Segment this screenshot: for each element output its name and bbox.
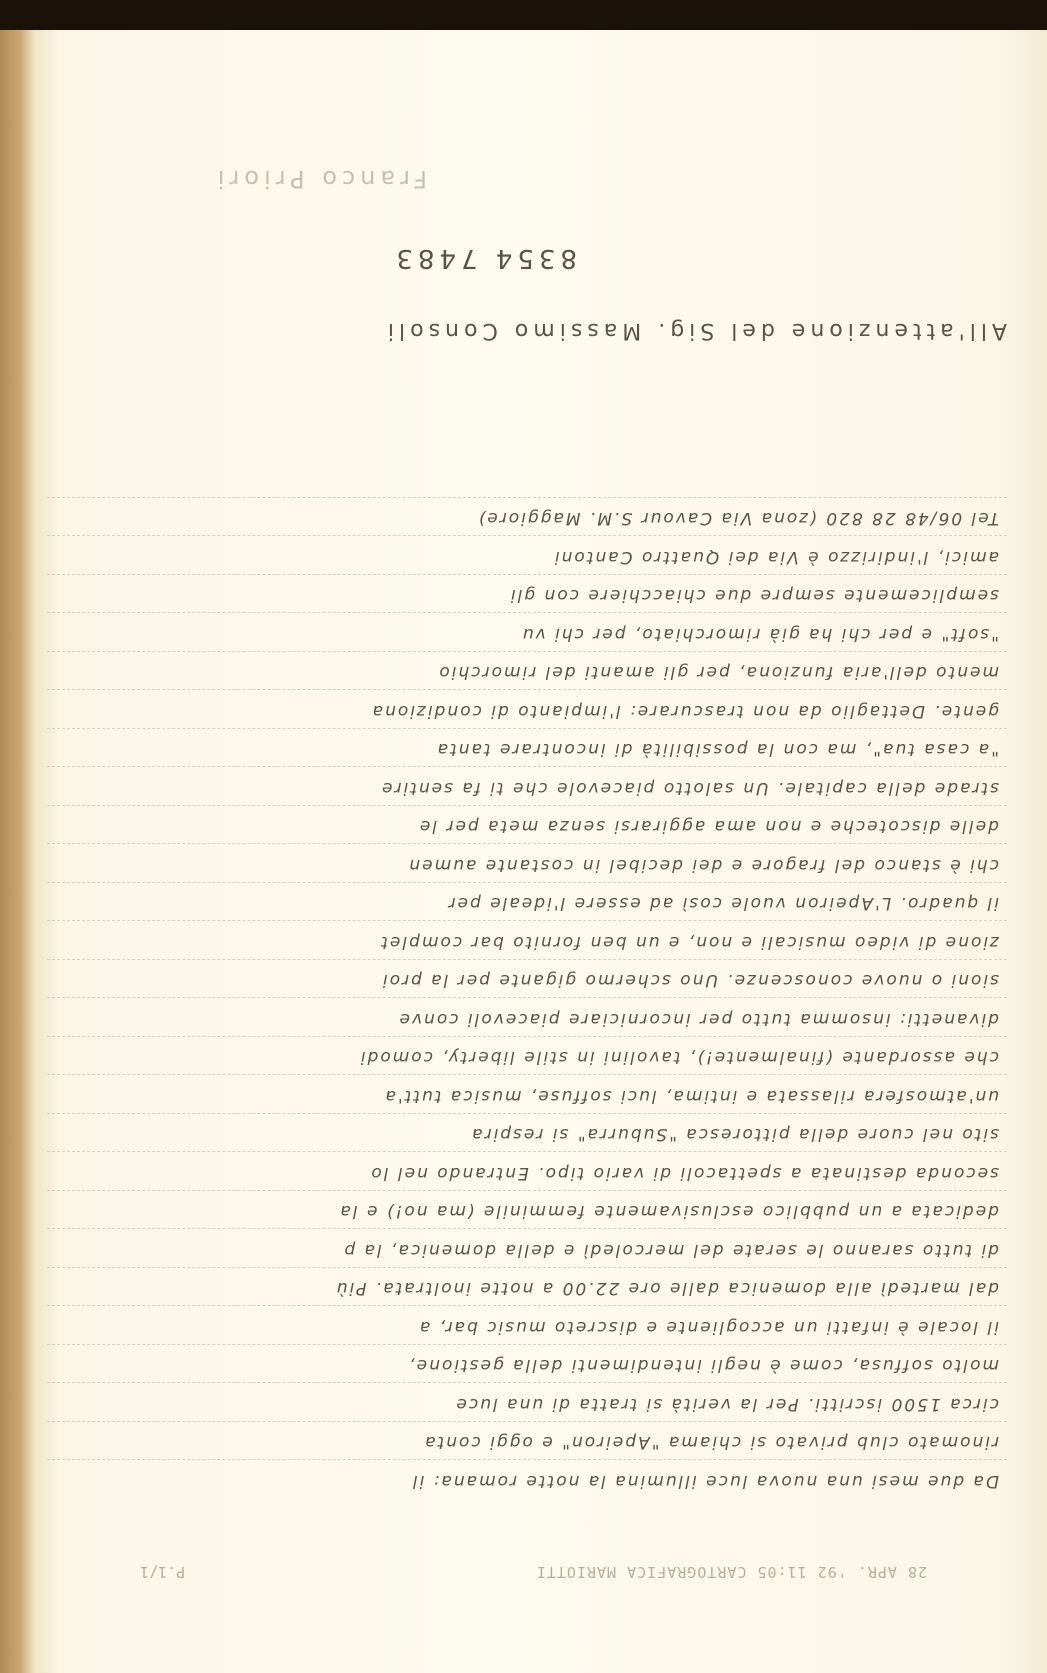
body-line: dal martedì alla domenica dalle ore 22.0… [47,1267,1007,1306]
body-line: dedicata a un pubblico esclusivamente fe… [47,1190,1007,1229]
body-line: sito nel cuore della pittoresca "Suburra… [47,1113,1007,1152]
body-line: mento dell'aria funziona, per gli amanti… [47,651,1007,690]
body-line: che assordante (finalmente!), tavolini i… [47,1036,1007,1075]
attention-line: All'attenzione del Sig. Massimo Consoli [47,318,1007,343]
body-line: semplicemente sempre due chiacchiere con… [47,574,1007,613]
body-line: Da due mesi una nuova luce illumina la n… [47,1460,1007,1499]
rotated-content: 28 APR. '92 11:05 CARTOGRAFICA MARIOTTI … [0,30,1047,1673]
body-line: "a casa tua", ma con la possibilità di i… [47,728,1007,767]
body-line: molto soffusa, come è negli intendimenti… [47,1344,1007,1383]
fax-page: 28 APR. '92 11:05 CARTOGRAFICA MARIOTTI … [0,30,1047,1673]
fax-transmission-header: 28 APR. '92 11:05 CARTOGRAFICA MARIOTTI [536,1563,927,1581]
body-line: gente. Dettaglio da non trascurare: l'im… [47,690,1007,729]
body-line: di tutto saranno le serate del mercoledì… [47,1229,1007,1268]
body-line: delle discoteche e non ama aggirarsi sen… [47,805,1007,844]
body-line: Tel 06/48 28 820 (zona Via Cavour S.M. M… [47,497,1007,536]
sender-name: Franco Priori [0,165,427,193]
body-line: seconda destinata a spettacoli di vario … [47,1152,1007,1191]
body-line: rinomato club privato si chiama "Apeiron… [47,1421,1007,1460]
body-line: "soft" e per chi ha già rimorchiato, per… [47,613,1007,652]
body-line: zione di video musicali e non, e un ben … [47,921,1007,960]
body-line: divanetti: insomma tutto per incorniciar… [47,998,1007,1037]
body-line: strade della capitale. Un salotto piacev… [47,767,1007,806]
body-line: il locale è infatti un accogliente e dis… [47,1306,1007,1345]
body-line: circa 1500 iscritti. Per la verità si tr… [47,1383,1007,1422]
body-line: un'atmosfera rilassata e intima, luci so… [47,1075,1007,1114]
fax-page-number: P.1/1 [140,1563,185,1581]
body-line: sioni o nuove conoscenze. Uno schermo gi… [47,959,1007,998]
fax-number: 8354 7483 [0,243,577,273]
body-line: amici, l'indirizzo è Via dei Quattro Can… [47,536,1007,575]
body-line: chi è stanco del fragore e dei decibel i… [47,844,1007,883]
body-line: il quadro. L'Apeiron vuole così ad esser… [47,882,1007,921]
handwritten-body: Da due mesi una nuova luce illumina la n… [47,497,1007,1498]
